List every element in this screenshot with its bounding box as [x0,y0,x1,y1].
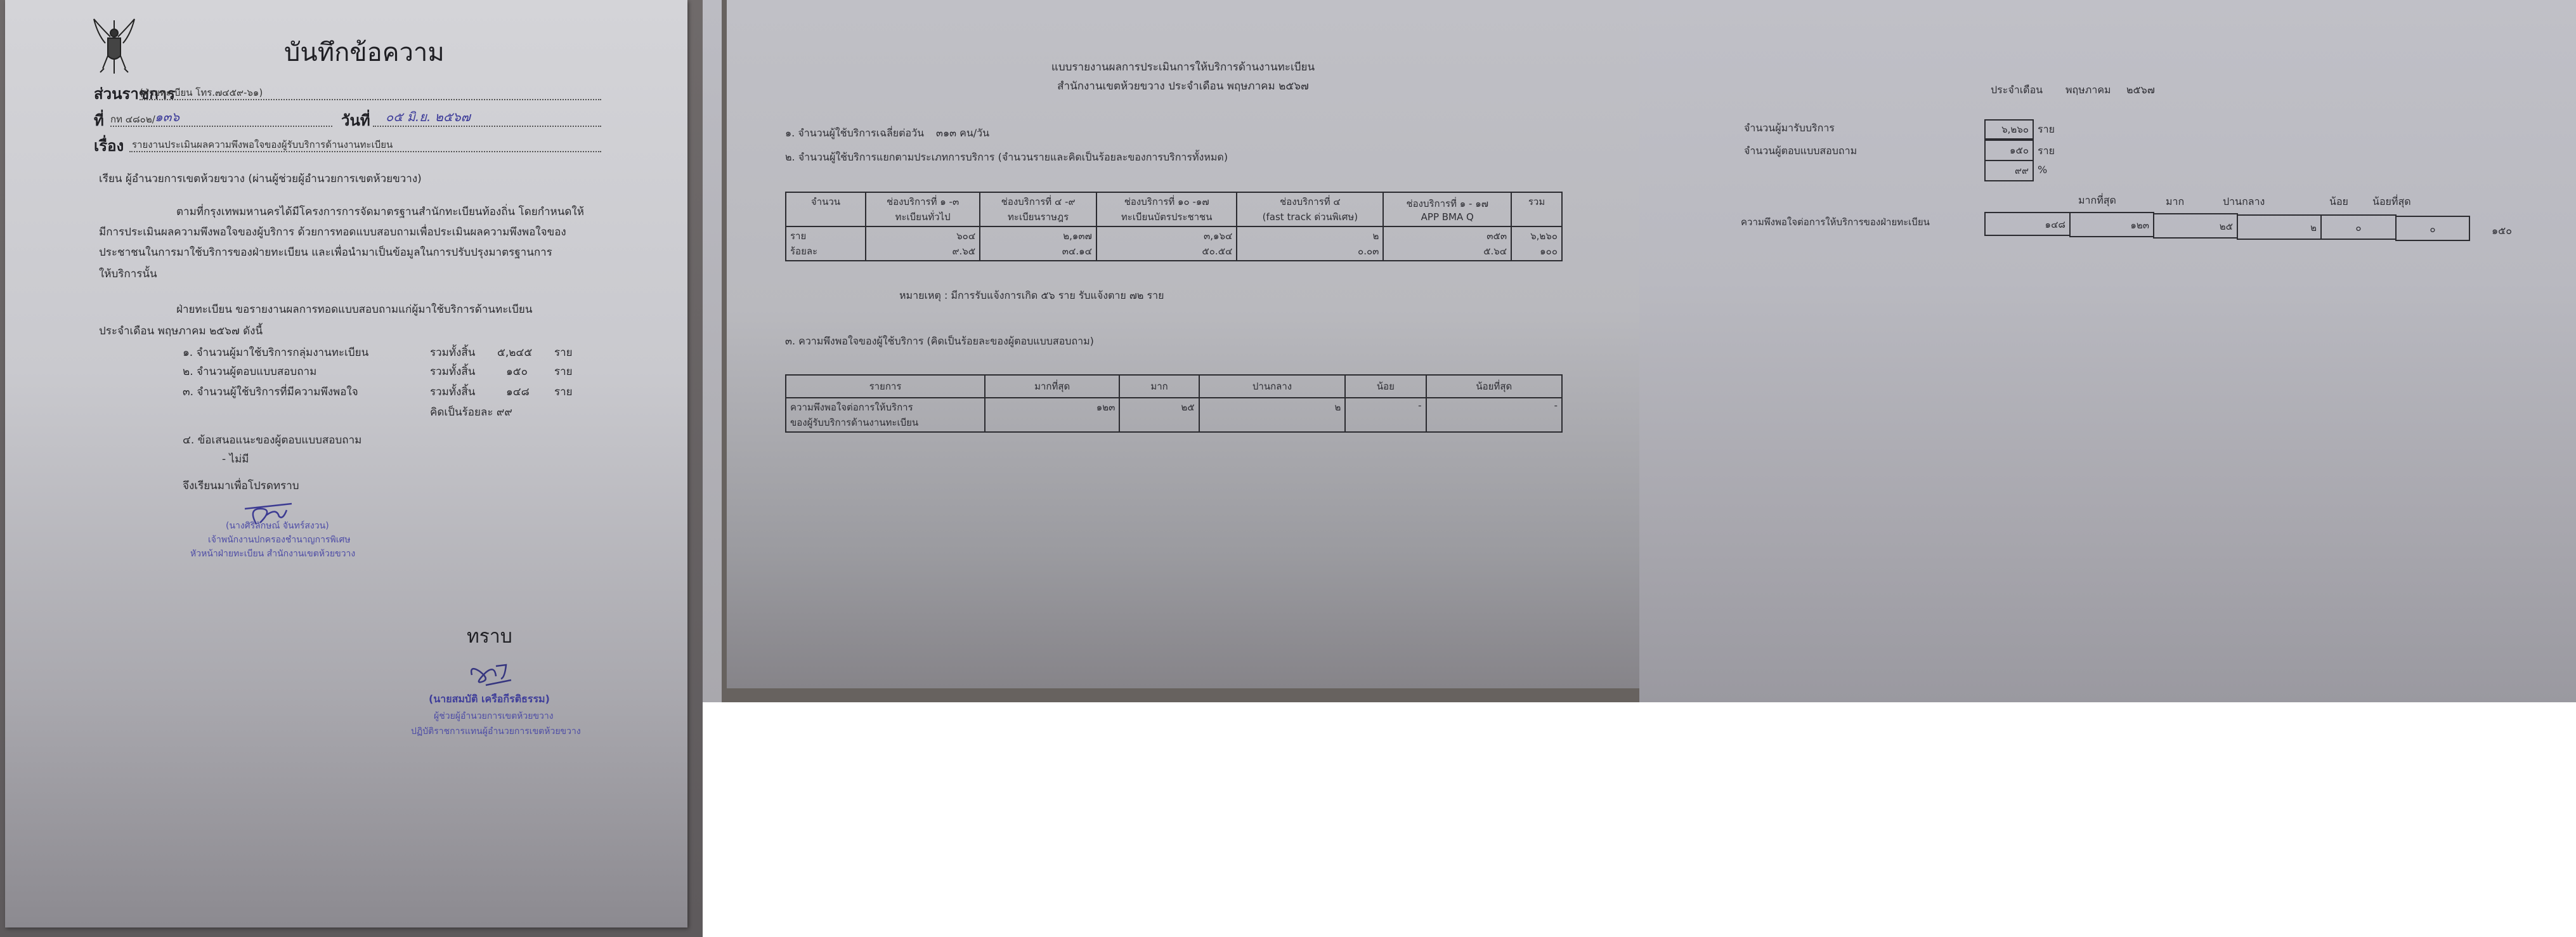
summary-row2-value: ๑๕๐ [1984,140,2034,161]
level-value: ๐ [2320,214,2397,240]
summary-row1-unit: ราย [2038,122,2055,138]
value-cell: ๒,๑๓๗๓๔.๑๔ [980,226,1096,261]
row-label-cell: ความพึงพอใจต่อการให้บริการของผู้รับบริกา… [786,398,985,432]
section2-label: ๒. จำนวนผู้ใช้บริการแยกตามประเภทการบริกา… [785,150,1228,166]
header-cell: น้อยที่สุด [1426,375,1562,398]
value-cell: ๒ [1199,398,1346,432]
section1-label: ๑. จำนวนผู้ใช้บริการเฉลี่ยต่อวัน [785,126,924,141]
satisfaction-table: รายการ มากที่สุด มาก ปานกลาง น้อย น้อยที… [785,374,1563,433]
level-value: ๒ [2237,214,2322,240]
satisfaction-label: ความพึงพอใจต่อการให้บริการของฝ่ายทะเบียน [1741,214,1930,230]
closing: จึงเรียนมาเพื่อโปรดทราบ [183,477,299,494]
header-cell: มากที่สุด [985,375,1119,398]
signer2-title1: ผู้ช่วยผู้อำนวยการเขตห้วยขวาง [434,709,554,723]
period-year: ๒๕๖๗ [2126,82,2155,98]
value-cell: ๒๐.๐๓ [1237,226,1383,261]
paragraph1-line1: ตามที่กรุงเทพมหานครได้มีโครงการการจัดมาต… [176,203,584,220]
table-row: รายการ มากที่สุด มาก ปานกลาง น้อย น้อยที… [786,375,1562,398]
value-cell: ๖๐๔๙.๖๕ [866,226,980,261]
memo-title: บันทึกข้อความ [284,32,445,72]
header-cell: มาก [1119,375,1199,398]
paper-edge [703,0,722,702]
value-cell: - [1345,398,1426,432]
value-cell: ๑๒๓ [985,398,1119,432]
summary-row2-label: จำนวนผู้ตอบแบบสอบถาม [1744,143,1857,159]
subject-dotline [129,151,601,152]
summary-row3-unit: % [2038,164,2047,176]
respondents-total: ๑๕๐ [2492,223,2512,239]
signer1-name: (นางศิริลักษณ์ จันทร์สงวน) [226,519,329,533]
subject-value: รายงานประเมินผลความพึงพอใจของผู้รับบริกา… [132,137,393,152]
summary-row3-value: ๙๙ [1984,160,2034,181]
salutation: เรียน ผู้อำนวยการเขตห้วยขวาง (ผ่านผู้ช่ว… [99,170,422,187]
ack-text: ทราบ [467,622,512,652]
table-row: ความพึงพอใจต่อการให้บริการของผู้รับบริกา… [786,398,1562,432]
ref-dotline [110,126,332,127]
item3-total-label: รวมทั้งสิ้น [430,383,475,400]
summary-row2-unit: ราย [2038,143,2055,159]
level-header: น้อยที่สุด [2372,194,2411,210]
item4-value: - ไม่มี [222,450,249,468]
item2-total-label: รวมทั้งสิ้น [430,363,475,380]
level-value: ๐ [2395,216,2470,241]
row-label-cell: รายร้อยละ [786,226,866,261]
memo-paper: บันทึกข้อความ ส่วนราชการ (ฝ่ายทะเบียน โท… [5,0,687,927]
header-cell: น้อย [1345,375,1426,398]
value-cell: ๓,๑๖๔๕๐.๕๔ [1096,226,1237,261]
paragraph1-line2: มีการประเมินผลความพึงพอใจของผู้บริการ ด้… [99,223,566,240]
item2-unit: ราย [554,363,573,380]
level-header: มาก [2166,194,2184,210]
level-value: ๑๒๓ [2069,212,2154,237]
item1-total-label: รวมทั้งสิ้น [430,344,475,361]
header-cell: รวม [1511,192,1562,226]
level-header: มากที่สุด [2078,193,2116,209]
summary-photo: ประจำเดือน พฤษภาคม ๒๕๖๗ จำนวนผู้มารับบริ… [1639,0,2576,702]
signer2-name: (นายสมบัติ เครือกีรติธรรม) [429,691,550,707]
section3-label: ๓. ความพึงพอใจของผู้ใช้บริการ (คิดเป็นร้… [785,334,1094,350]
garuda-emblem-icon [89,15,140,76]
value-cell: ๒๕ [1119,398,1199,432]
value-cell: ๓๕๓๕.๖๔ [1383,226,1511,261]
report-paper: แบบรายงานผลการประเมินการให้บริการด้านงาน… [727,0,1639,688]
level-header: น้อย [2329,194,2348,210]
header-cell: ช่องบริการที่ ๑๐ -๑๗ทะเบียนบัตรประชาชน [1096,192,1237,226]
date-value: ๐๕ มิ.ย. ๒๕๖๗ [386,107,471,127]
item2-value: ๑๕๐ [506,363,528,380]
signature-2-icon [467,660,517,688]
service-table: จำนวน ช่องบริการที่ ๑ -๓ทะเบียนทั่วไป ช่… [785,192,1563,261]
header-cell: ช่องบริการที่ ๔ -๙ทะเบียนราษฎร [980,192,1096,226]
header-cell: รายการ [786,375,985,398]
percent-note: คิดเป็นร้อยละ ๙๙ [430,403,512,421]
signer1-title1: เจ้าพนักงานปกครองชำนาญการพิเศษ [208,533,351,547]
header-cell: ช่องบริการที่ ๑ - ๑๗APP BMA Q [1383,192,1511,226]
period-label: ประจำเดือน [1991,82,2043,98]
summary-row1-label: จำนวนผู้มารับบริการ [1744,121,1835,136]
date-dotline [373,126,601,127]
section1-value: ๓๑๓ คน/วัน [936,126,989,141]
item1-label: ๑. จำนวนผู้มาใช้บริการกลุ่มงานทะเบียน [183,344,368,361]
paragraph2-line2: ประจำเดือน พฤษภาคม ๒๕๖๗ ดังนี้ [99,322,263,339]
item4-label: ๔. ข้อเสนอแนะของผู้ตอบแบบสอบถาม [183,431,361,449]
memo-photo: บันทึกข้อความ ส่วนราชการ (ฝ่ายทะเบียน โท… [0,0,703,937]
signer2-title2: ปฏิบัติราชการแทนผู้อำนวยการเขตห้วยขวาง [411,724,581,738]
report-photo: แบบรายงานผลการประเมินการให้บริการด้านงาน… [703,0,1639,702]
item2-label: ๒. จำนวนผู้ตอบแบบสอบถาม [183,363,316,380]
item3-unit: ราย [554,383,573,400]
paragraph1-line4: ให้บริการนั้น [99,265,157,282]
subject-label: เรื่อง [94,133,124,158]
paragraph2-line1: ฝ่ายทะเบียน ขอรายงานผลการทอดแบบสอบถามแก่… [176,301,533,318]
ref-label: ที่ [94,108,104,133]
report-title-line1: แบบรายงานผลการประเมินการให้บริการด้านงาน… [727,58,1639,75]
level-value: ๒๕ [2153,213,2238,239]
satisfied-total: ๑๔๘ [1984,212,2071,236]
item1-value: ๕,๒๔๕ [497,344,532,361]
level-header: ปานกลาง [2223,194,2265,210]
department-value: (ฝ่ายทะเบียน โทร.๗๔๕๙-๖๑) [140,85,263,100]
table-row: จำนวน ช่องบริการที่ ๑ -๓ทะเบียนทั่วไป ช่… [786,192,1562,226]
ref-value: กท ๔๘๐๒/ [110,112,155,127]
item1-unit: ราย [554,344,573,361]
report-title-line2: สำนักงานเขตห้วยขวาง ประจำเดือน พฤษภาคม ๒… [727,77,1639,95]
value-cell: ๖,๒๖๐๑๐๐ [1511,226,1562,261]
ref-handwritten: ๑๓๖ [155,107,179,127]
table-row: รายร้อยละ ๖๐๔๙.๖๕ ๒,๑๓๗๓๔.๑๔ ๓,๑๖๔๕๐.๕๔ … [786,226,1562,261]
summary-row1-value: ๖,๒๖๐ [1984,119,2034,140]
department-dotline [140,99,601,100]
item3-label: ๓. จำนวนผู้ใช้บริการที่มีความพึงพอใจ [183,383,358,400]
item3-value: ๑๔๘ [506,383,530,400]
header-cell: ช่องบริการที่ ๔(fast track ด่วนพิเศษ) [1237,192,1383,226]
header-cell: จำนวน [786,192,866,226]
paragraph1-line3: ประชาชนในการมาใช้บริการของฝ่ายทะเบียน แล… [99,244,552,261]
header-cell: ช่องบริการที่ ๑ -๓ทะเบียนทั่วไป [866,192,980,226]
header-cell: ปานกลาง [1199,375,1346,398]
value-cell: - [1426,398,1562,432]
date-label: วันที่ [341,108,370,133]
period-month: พฤษภาคม [2065,82,2111,98]
report-note: หมายเหตุ : มีการรับแจ้งการเกิด ๕๖ ราย รั… [899,288,1164,304]
signer1-title2: หัวหน้าฝ่ายทะเบียน สำนักงานเขตห้วยขวาง [190,547,355,561]
